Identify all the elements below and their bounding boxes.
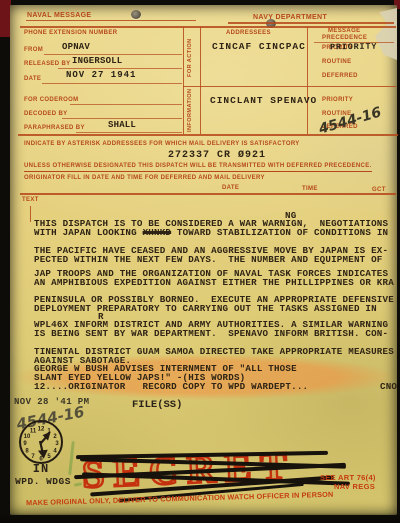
table-bottom-rule	[18, 134, 398, 136]
table-vline	[183, 27, 184, 134]
clock-number: 9	[23, 441, 27, 447]
message-line: DEPLOYMENT PREPARATORY TO CARRYING OUT T…	[34, 303, 377, 314]
torn-edge	[375, 8, 397, 60]
decoded-by-label: DECODED BY	[24, 111, 68, 117]
field-rule	[44, 54, 182, 55]
clock-number: 4	[53, 449, 57, 455]
hole-punch	[131, 10, 141, 19]
handwritten-file-number: 4544-16	[317, 104, 383, 137]
clock-number: 5	[47, 454, 51, 460]
released-by-value: INGERSOLL	[72, 56, 122, 66]
rule	[26, 20, 196, 21]
information-label: INFORMATION	[187, 89, 193, 132]
nav-regs-note: NAV REGS	[334, 482, 375, 491]
table-vline	[200, 27, 201, 134]
rule	[20, 193, 396, 195]
pencil-mark	[74, 482, 82, 487]
date-stamp: NOV 27 1941	[66, 70, 136, 80]
for-coderoom-label: FOR CODEROOM	[24, 97, 79, 103]
clock-office-label: WPD. WDGS	[10, 476, 76, 487]
message-line: PECTED WITHIN THE NEXT FEW DAYS. THE NUM…	[34, 254, 383, 265]
precedence-label: MESSAGE	[328, 28, 360, 34]
from-value: OPNAV	[62, 42, 90, 52]
time-clock-stamp: 12 1 2 3 4 5 6 7 8 9 10 11	[14, 418, 68, 466]
paraphrased-by-label: PARAPHRASED BY	[24, 125, 85, 131]
clock-number: 2	[53, 434, 57, 440]
message-line: AN AMPHIBIOUS EXPEDITION AGAINST EITHER …	[34, 277, 394, 288]
field-rule	[42, 83, 182, 84]
text-label: TEXT	[22, 197, 39, 203]
for-action-label: FOR ACTION	[187, 38, 193, 77]
phone-extension-label: PHONE EXTENSION NUMBER	[24, 30, 117, 36]
action-addressees: CINCAF CINCPAC	[212, 41, 306, 52]
info-addressees: CINCLANT SPENAVO	[210, 95, 317, 106]
precedence-deferred: DEFERRED	[322, 73, 358, 79]
department-title: NAVY DEPARTMENT	[253, 14, 327, 21]
message-line: IS BEING SENT BY WAR DEPARTMENT. SPENAVO…	[34, 328, 388, 339]
asterisk-note: INDICATE BY ASTERISK ADDRESSEES FOR WHIC…	[24, 141, 300, 147]
priority-stamp: PRIORITY	[330, 42, 377, 53]
table-divider	[183, 86, 396, 87]
rule	[228, 22, 394, 24]
date-column-label: DATE	[222, 185, 239, 191]
addressees-label: ADDRESSEES	[226, 30, 271, 36]
line-2-pre: WITH JAPAN LOOKING	[34, 227, 143, 238]
originator-fill-note: ORIGINATOR FILL IN DATE AND TIME FOR DEF…	[24, 175, 265, 181]
text-margin-tick	[30, 206, 31, 222]
clock-number: 12	[38, 427, 45, 433]
date-label: DATE	[24, 76, 41, 82]
clock-number: 11	[30, 429, 37, 435]
precedence-routine: ROUTINE	[322, 59, 351, 65]
field-rule	[62, 118, 182, 119]
field-rule	[76, 132, 182, 133]
overstruck-word: XHNKD	[143, 227, 172, 238]
clock-number: 3	[55, 441, 59, 447]
pencil-mark	[68, 441, 75, 475]
photo-bottom-edge	[0, 513, 400, 523]
clock-number: 8	[25, 449, 29, 455]
from-label: FROM	[24, 47, 43, 53]
file-note: FILE(SS)	[132, 399, 182, 411]
clock-number: 7	[31, 454, 35, 460]
see-art-note: SEE ART 76(4)	[320, 473, 376, 482]
field-rule	[58, 68, 182, 69]
paraphrased-by-value: SHALL	[108, 120, 136, 130]
released-by-label: RELEASED BY	[24, 61, 71, 67]
field-rule	[70, 104, 182, 105]
form-title: NAVAL MESSAGE	[27, 12, 91, 19]
clock-in-label: IN	[14, 462, 68, 476]
date-time-group: 272337 CR Ø921	[168, 150, 266, 161]
clock-number: 10	[24, 434, 31, 440]
naval-message-form: NAVAL MESSAGE NAVY DEPARTMENT FOR ACTION…	[10, 5, 397, 515]
message-line: 12....ORIGINATOR RECORD COPY TO WPD WARD…	[34, 381, 308, 392]
time-column-label: TIME	[302, 186, 318, 192]
message-line: WITH JAPAN LOOKING XHNKD TOWARD STABILIZ…	[34, 227, 388, 238]
line-2-post: TOWARD STABILIZATION OF CONDITIONS IN	[171, 227, 388, 238]
cno-note: CNO	[380, 381, 397, 392]
precedence-label: PRECEDENCE	[322, 35, 367, 41]
unless-note: UNLESS OTHERWISE DESIGNATED THIS DISPATC…	[24, 163, 372, 172]
precedence-priority: PRIORITY	[322, 97, 353, 103]
table-vline	[307, 27, 308, 134]
